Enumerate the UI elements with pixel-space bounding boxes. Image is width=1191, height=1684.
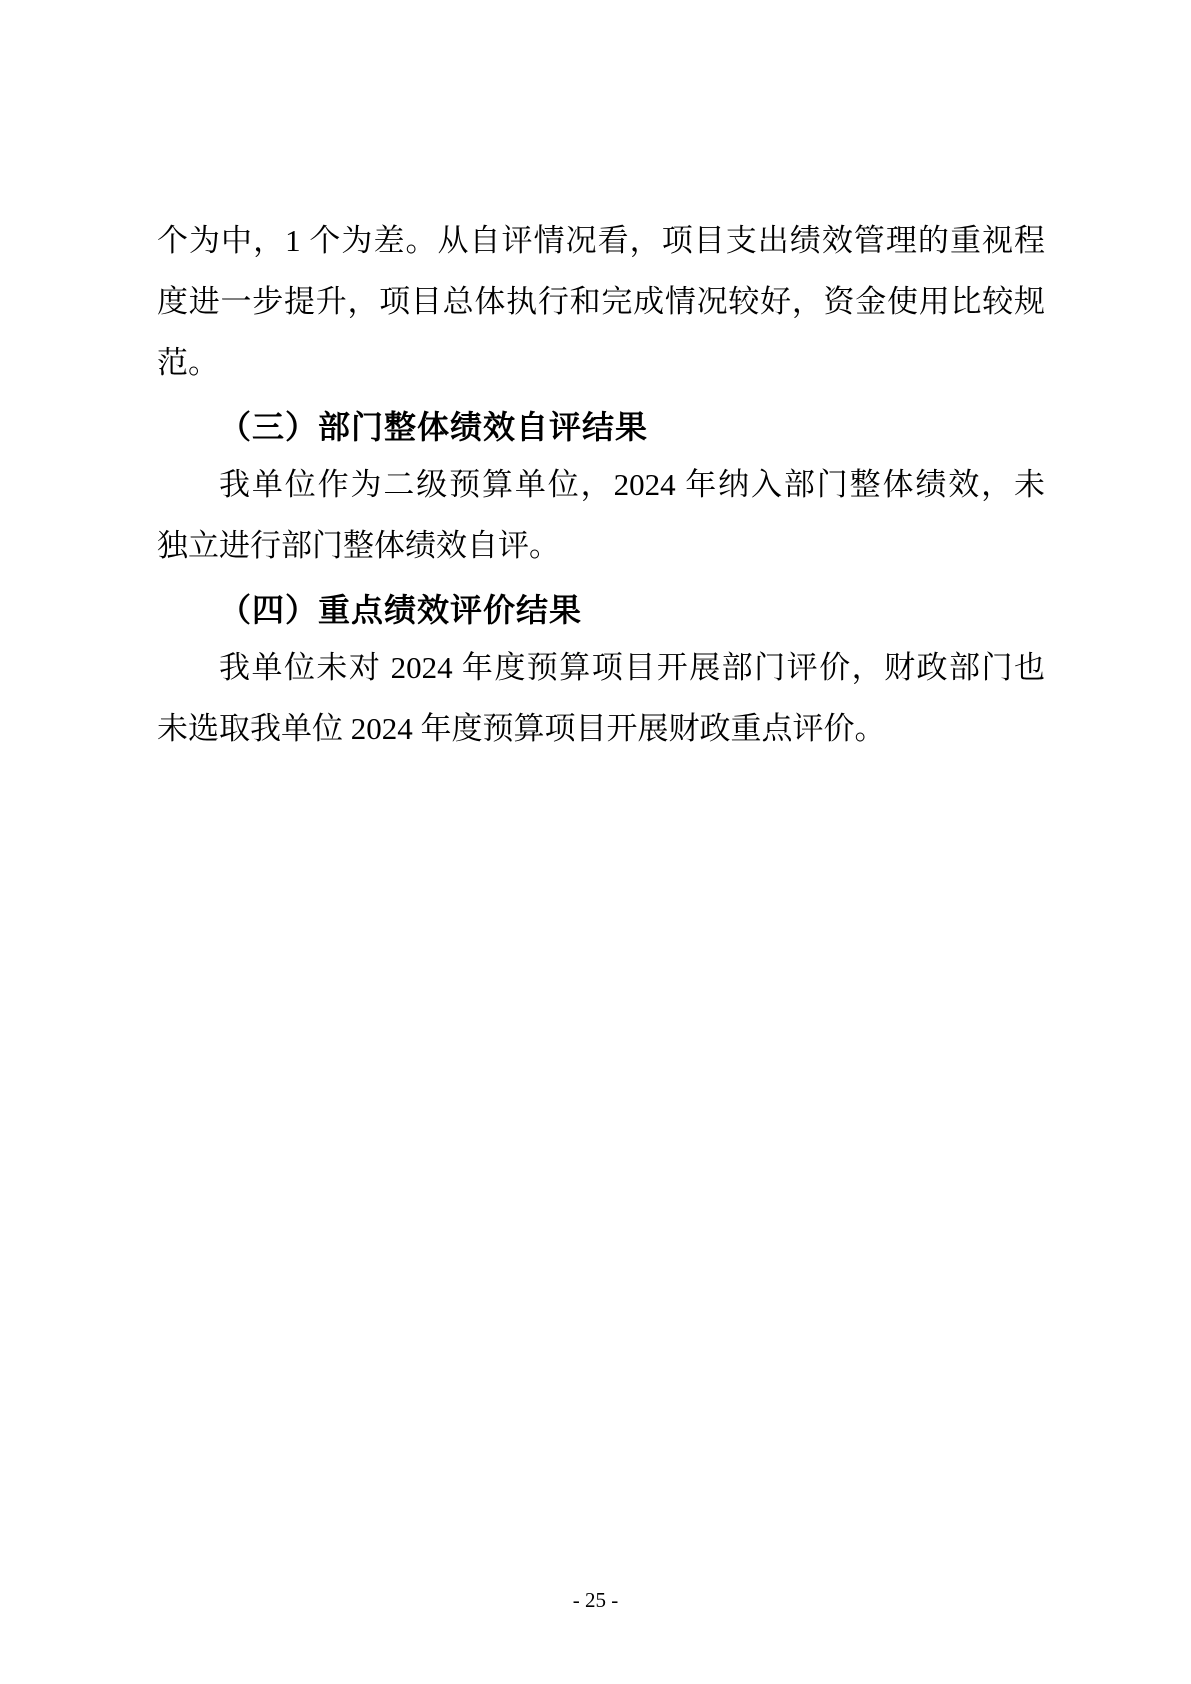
section-heading-3: （三）部门整体绩效自评结果 — [157, 397, 1045, 458]
body-paragraph-continuation: 个为中，1 个为差。从自评情况看，项目支出绩效管理的重视程 度进一步提升，项目总… — [157, 210, 1045, 393]
document-page: 个为中，1 个为差。从自评情况看，项目支出绩效管理的重视程 度进一步提升，项目总… — [0, 0, 1191, 1684]
body-paragraph: 我单位作为二级预算单位，2024 年纳入部门整体绩效，未 独立进行部门整体绩效自… — [157, 454, 1045, 576]
paragraph-line: 我单位未对 2024 年度预算项目开展部门评价，财政部门也 — [157, 637, 1045, 698]
paragraph-line: 我单位作为二级预算单位，2024 年纳入部门整体绩效，未 — [157, 454, 1045, 515]
section-heading-4: （四）重点绩效评价结果 — [157, 580, 1045, 641]
page-number: - 25 - — [0, 1586, 1191, 1614]
document-body: 个为中，1 个为差。从自评情况看，项目支出绩效管理的重视程 度进一步提升，项目总… — [157, 210, 1045, 759]
body-paragraph: 我单位未对 2024 年度预算项目开展部门评价，财政部门也 未选取我单位 202… — [157, 637, 1045, 759]
paragraph-line: 范。 — [157, 332, 1045, 393]
paragraph-line: 度进一步提升，项目总体执行和完成情况较好，资金使用比较规 — [157, 271, 1045, 332]
paragraph-line: 未选取我单位 2024 年度预算项目开展财政重点评价。 — [157, 698, 1045, 759]
paragraph-line: 个为中，1 个为差。从自评情况看，项目支出绩效管理的重视程 — [157, 210, 1045, 271]
paragraph-line: 独立进行部门整体绩效自评。 — [157, 515, 1045, 576]
